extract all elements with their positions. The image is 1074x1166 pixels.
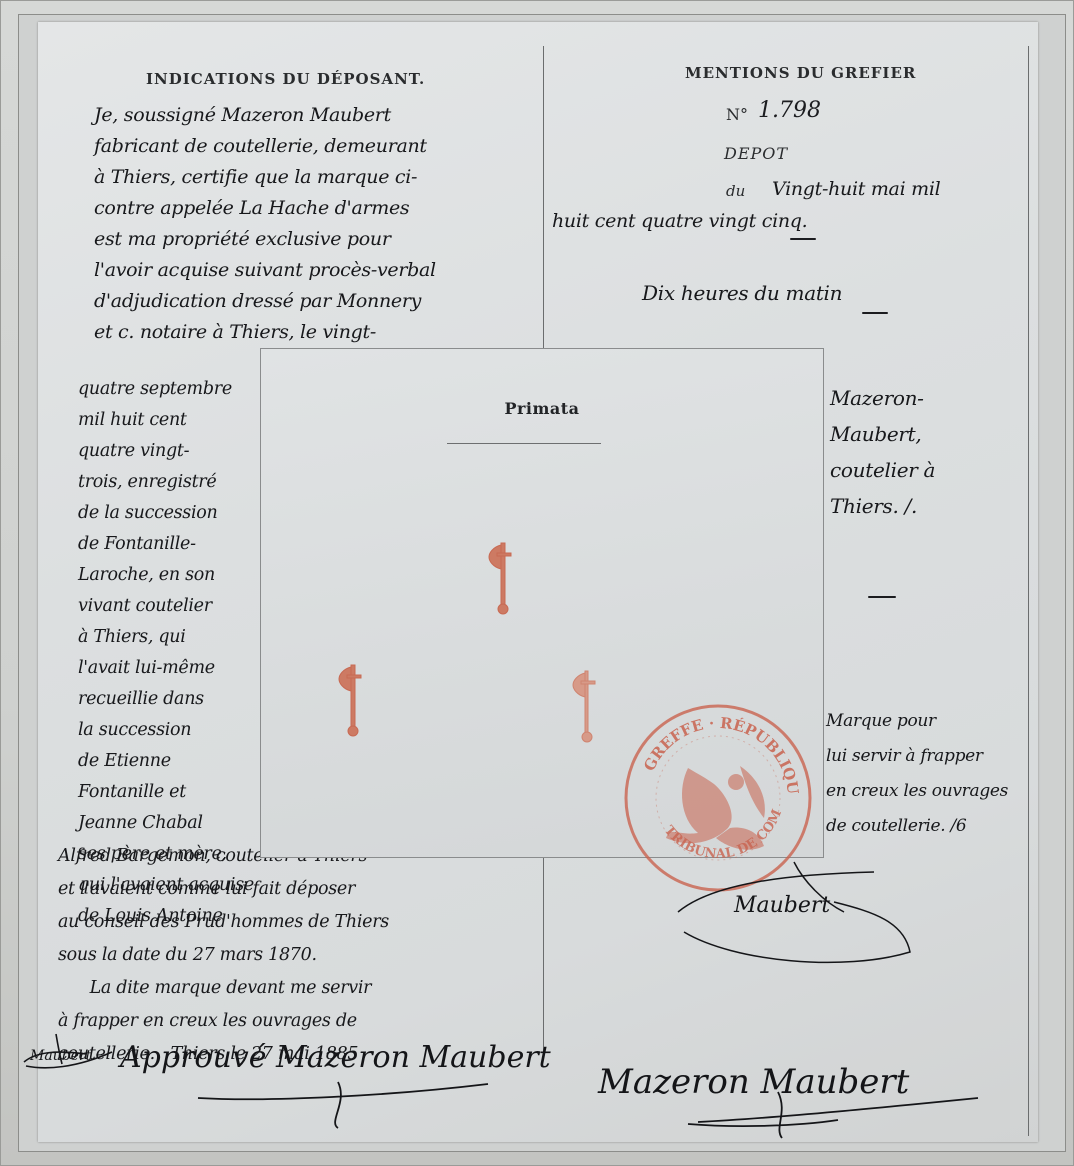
svg-text:Maubert: Maubert xyxy=(29,1048,92,1064)
mark-title: Primata xyxy=(261,399,823,418)
separator-dash xyxy=(862,312,888,314)
separator-dash xyxy=(868,596,896,598)
deposit-number-value: 1.798 xyxy=(758,98,821,123)
deposit-date-line-1: Vingt-huit mai mil xyxy=(772,174,940,205)
depositor-declaration-top: Je, soussigné Mazeron Maubert fabricant … xyxy=(94,100,534,348)
depot-label: DEPOT xyxy=(724,144,788,163)
signature-underline-flourish xyxy=(578,1082,1018,1142)
clerk-section-header: MENTIONS DU GREFIER xyxy=(685,64,916,82)
battle-axe-stamp-icon xyxy=(567,667,607,747)
du-label: du xyxy=(726,182,745,200)
clerk-paraph-signature: Maubert xyxy=(674,842,914,982)
deposit-form-page: INDICATIONS DU DÉPOSANT. MENTIONS DU GRE… xyxy=(38,22,1038,1142)
depositor-name-clerk: Mazeron- Maubert, coutelier à Thiers. /. xyxy=(830,380,935,524)
battle-axe-stamp-icon xyxy=(483,539,523,619)
deposit-date-line-2: huit cent quatre vingt cinq. xyxy=(552,206,807,237)
svg-text:Maubert: Maubert xyxy=(733,893,830,918)
signature-flourish xyxy=(188,1062,518,1132)
mark-usage-note: Marque pour lui servir à frapper en creu… xyxy=(826,704,1008,844)
deposit-number-label: N° xyxy=(726,105,748,124)
mark-title-underline xyxy=(447,443,601,444)
depositor-section-header: INDICATIONS DU DÉPOSANT. xyxy=(146,70,425,88)
deposit-hour: Dix heures du matin xyxy=(642,278,842,309)
paraph-signature-left: Maubert xyxy=(16,1022,136,1082)
right-margin-rule xyxy=(1028,46,1029,1136)
svg-text:GREFFE · RÉPUBLIQUE: GREFFE · RÉPUBLIQUE xyxy=(618,698,802,795)
battle-axe-stamp-icon xyxy=(333,661,373,741)
separator-dash xyxy=(790,238,816,240)
